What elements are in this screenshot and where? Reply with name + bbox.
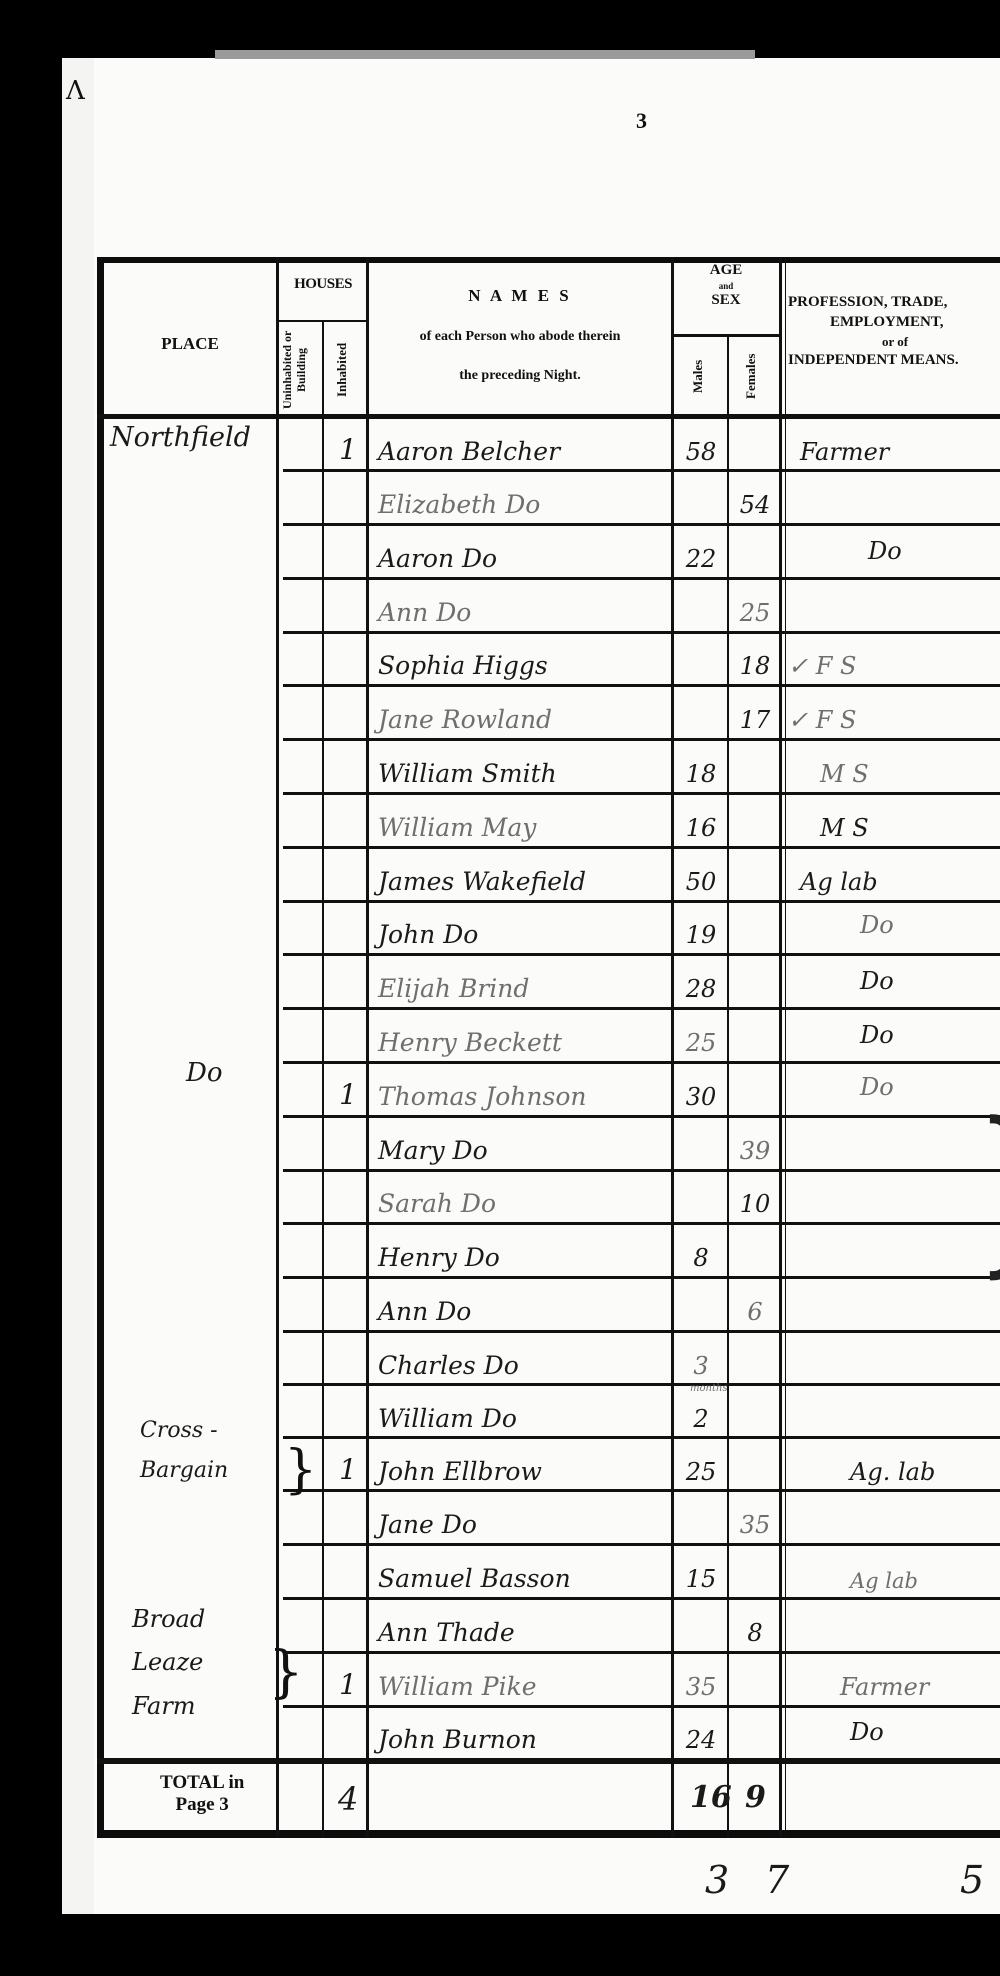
person-name: William May: [378, 794, 672, 848]
male-age: [676, 1599, 726, 1653]
person-name: Ann Do: [378, 1278, 672, 1332]
header-inhabited: Inhabited: [334, 326, 356, 414]
person-name: William Pike: [378, 1653, 672, 1707]
total-label: TOTAL in Page 3: [160, 1772, 244, 1816]
profession: Ag lab: [800, 1545, 1000, 1599]
inhabited-count: 1: [330, 418, 366, 472]
total-label-line1: TOTAL in: [160, 1772, 244, 1794]
profession: Farmer: [800, 1653, 1000, 1707]
profession: M S: [800, 794, 1000, 848]
age-sex-subdivider: [671, 334, 781, 337]
table-row: Charles Do 3: [0, 1332, 1000, 1386]
person-name: William Do: [378, 1385, 672, 1439]
table-row: 1 Aaron Belcher 58 Farmer: [0, 418, 1000, 472]
person-name: Samuel Basson: [378, 1545, 672, 1599]
person-name: Aaron Do: [378, 525, 672, 579]
profession: [800, 1385, 1000, 1439]
table-row: Sophia Higgs 18 ✓ F S: [0, 632, 1000, 686]
female-age: 25: [730, 579, 780, 633]
header-names-sub1: of each Person who abode therein: [368, 329, 672, 345]
profession: Farmer: [800, 418, 1000, 472]
person-name: Ann Thade: [378, 1599, 672, 1653]
male-age: [676, 1117, 726, 1171]
inhabited-count: [330, 1117, 366, 1171]
inhabited-count: [330, 740, 366, 794]
profession: [800, 1117, 1000, 1171]
profession: [800, 579, 1000, 633]
profession: [800, 1170, 1000, 1224]
male-age: [676, 1170, 726, 1224]
female-age: [730, 1545, 780, 1599]
header-age-and: and: [673, 281, 779, 291]
person-name: Elizabeth Do: [378, 471, 672, 525]
male-age: 30: [676, 1063, 726, 1117]
profession: [800, 1278, 1000, 1332]
profession: Ag lab: [800, 848, 1000, 902]
header-profession-2: EMPLOYMENT,: [790, 314, 1000, 331]
male-age: 50: [676, 848, 726, 902]
inhabited-count: [330, 1009, 366, 1063]
table-row: James Wakefield 50 Ag lab: [0, 848, 1000, 902]
table-row: Samuel Basson 15 Ag lab: [0, 1545, 1000, 1599]
profession: ✓ F S: [788, 632, 988, 686]
table-row: Jane Do 35: [0, 1491, 1000, 1545]
female-age: 18: [730, 632, 780, 686]
header-uninhabited: Uninhabited or Building: [280, 326, 320, 414]
table-row: 1 Thomas Johnson 30 Do: [0, 1063, 1000, 1117]
total-males: 16: [690, 1780, 732, 1815]
header-profession-1: PROFESSION, TRADE,: [788, 294, 1000, 311]
inhabited-count: [330, 848, 366, 902]
female-age: 17: [730, 686, 780, 740]
inhabited-count: [330, 1224, 366, 1278]
total-females: 9: [745, 1780, 766, 1815]
male-age: 24: [676, 1706, 726, 1760]
female-age: [730, 955, 780, 1009]
female-age: [730, 740, 780, 794]
header-names-sub2: the preceding Night.: [368, 368, 672, 384]
female-age: 39: [730, 1117, 780, 1171]
female-age: [730, 1706, 780, 1760]
person-name: James Wakefield: [378, 848, 672, 902]
profession: [800, 1332, 1000, 1386]
corner-mark: Λ: [66, 76, 85, 106]
person-name: Aaron Belcher: [378, 418, 672, 472]
profession: [800, 1491, 1000, 1545]
footer-note-profession: 5: [960, 1858, 984, 1902]
inhabited-count: [330, 1491, 366, 1545]
person-name: Jane Rowland: [378, 686, 672, 740]
scan-bottom-border: [0, 1914, 1000, 1976]
table-row: Ann Do 25: [0, 579, 1000, 633]
inhabited-count: [330, 794, 366, 848]
header-profession-4: INDEPENDENT MEANS.: [788, 352, 1000, 369]
inhabited-count: [330, 1599, 366, 1653]
header-place: PLACE: [104, 334, 276, 354]
female-age: 54: [730, 471, 780, 525]
inhabited-count: 1: [330, 1063, 366, 1117]
page-number: 3: [636, 108, 647, 134]
female-age: [730, 1385, 780, 1439]
male-age: [676, 471, 726, 525]
houses-subdivider: [276, 320, 368, 322]
male-age: 28: [676, 955, 726, 1009]
person-name: John Do: [378, 901, 672, 955]
inhabited-count: 1: [330, 1438, 366, 1492]
header-sex: SEX: [673, 292, 779, 309]
table-row: Ann Do 6: [0, 1278, 1000, 1332]
male-age: [676, 632, 726, 686]
profession: [800, 471, 1000, 525]
inhabited-count: [330, 471, 366, 525]
footer-note-males: 3: [705, 1858, 729, 1902]
person-name: John Burnon: [378, 1706, 672, 1760]
male-age: 15: [676, 1545, 726, 1599]
male-age: 3: [676, 1332, 726, 1386]
inhabited-count: [330, 632, 366, 686]
profession-brace-icon: }: [979, 1100, 1000, 1280]
person-name: Sophia Higgs: [378, 632, 672, 686]
header-males: Males: [690, 340, 712, 412]
table-row: William May 16 M S: [0, 794, 1000, 848]
inhabited-count: [330, 579, 366, 633]
person-name: Henry Do: [378, 1224, 672, 1278]
person-name: Mary Do: [378, 1117, 672, 1171]
inhabited-count: [330, 1332, 366, 1386]
female-age: [730, 1224, 780, 1278]
table-row: 1 John Ellbrow 25 Ag. lab: [0, 1438, 1000, 1492]
profession: Do: [800, 525, 1000, 579]
profession: [800, 1599, 1000, 1653]
profession: [800, 1224, 1000, 1278]
table-row: John Burnon 24 Do: [0, 1706, 1000, 1760]
table-row: Jane Rowland 17 ✓ F S: [0, 686, 1000, 740]
page-top-edge: [215, 50, 755, 59]
person-name: Thomas Johnson: [378, 1063, 672, 1117]
male-age: 35: [676, 1653, 726, 1707]
profession: Do: [800, 1706, 1000, 1760]
table-row: Henry Do 8: [0, 1224, 1000, 1278]
profession: Do: [800, 1063, 1000, 1117]
male-age: [676, 1278, 726, 1332]
female-age: [730, 1438, 780, 1492]
total-inhabited: 4: [338, 1780, 358, 1818]
person-name: Charles Do: [378, 1332, 672, 1386]
inhabited-count: [330, 525, 366, 579]
male-age-note: months: [690, 1383, 728, 1394]
female-age: 10: [730, 1170, 780, 1224]
male-age: 8: [676, 1224, 726, 1278]
table-row: Elizabeth Do 54: [0, 471, 1000, 525]
female-age: [730, 525, 780, 579]
female-age: [730, 418, 780, 472]
profession: ✓ F S: [788, 686, 988, 740]
person-name: Elijah Brind: [378, 955, 672, 1009]
male-age: [676, 1491, 726, 1545]
person-name: Jane Do: [378, 1491, 672, 1545]
inhabited-count: [330, 1545, 366, 1599]
inhabited-count: [330, 1170, 366, 1224]
male-age: 18: [676, 740, 726, 794]
inhabited-count: [330, 1278, 366, 1332]
female-age: [730, 1009, 780, 1063]
female-age: [730, 1653, 780, 1707]
profession: Do: [800, 955, 1000, 1009]
table-row: Sarah Do 10: [0, 1170, 1000, 1224]
table-row: William Smith 18 M S: [0, 740, 1000, 794]
profession: Ag. lab: [800, 1438, 1000, 1492]
profession: Do: [800, 1009, 1000, 1063]
inhabited-count: [330, 955, 366, 1009]
header-profession-3: or of: [790, 334, 1000, 350]
male-age: 22: [676, 525, 726, 579]
header-houses: HOUSES: [278, 276, 368, 293]
male-age: 19: [676, 901, 726, 955]
profession: Do: [800, 901, 1000, 955]
male-age: 25: [676, 1009, 726, 1063]
female-age: [730, 1332, 780, 1386]
footer-note-females: 7: [765, 1858, 789, 1902]
table-row: John Do 19 Do: [0, 901, 1000, 955]
header-names-title: N A M E S: [368, 286, 672, 306]
inhabited-count: [330, 686, 366, 740]
table-row: Aaron Do 22 Do: [0, 525, 1000, 579]
female-age: [730, 848, 780, 902]
male-age: 58: [676, 418, 726, 472]
table-row: Ann Thade 8: [0, 1599, 1000, 1653]
person-name: Henry Beckett: [378, 1009, 672, 1063]
header-females: Females: [743, 340, 765, 412]
inhabited-count: [330, 901, 366, 955]
table-row: William Do 2 months: [0, 1385, 1000, 1439]
male-age: 16: [676, 794, 726, 848]
table-row: Henry Beckett 25 Do: [0, 1009, 1000, 1063]
female-age: [730, 794, 780, 848]
female-age: 6: [730, 1278, 780, 1332]
person-name: Ann Do: [378, 579, 672, 633]
female-age: [730, 1063, 780, 1117]
profession: M S: [800, 740, 1000, 794]
female-age: 35: [730, 1491, 780, 1545]
person-name: William Smith: [378, 740, 672, 794]
table-row: Elijah Brind 28 Do: [0, 955, 1000, 1009]
table-row: Mary Do 39: [0, 1117, 1000, 1171]
female-age: [730, 901, 780, 955]
female-age: 8: [730, 1599, 780, 1653]
male-age: [676, 686, 726, 740]
total-label-line2: Page 3: [160, 1794, 244, 1816]
person-name: John Ellbrow: [378, 1438, 672, 1492]
male-age: 25: [676, 1438, 726, 1492]
table-row: 1 William Pike 35 Farmer: [0, 1653, 1000, 1707]
person-name: Sarah Do: [378, 1170, 672, 1224]
inhabited-count: 1: [330, 1653, 366, 1707]
header-age: AGE: [673, 262, 779, 279]
inhabited-count: [330, 1706, 366, 1760]
male-age: [676, 579, 726, 633]
inhabited-count: [330, 1385, 366, 1439]
